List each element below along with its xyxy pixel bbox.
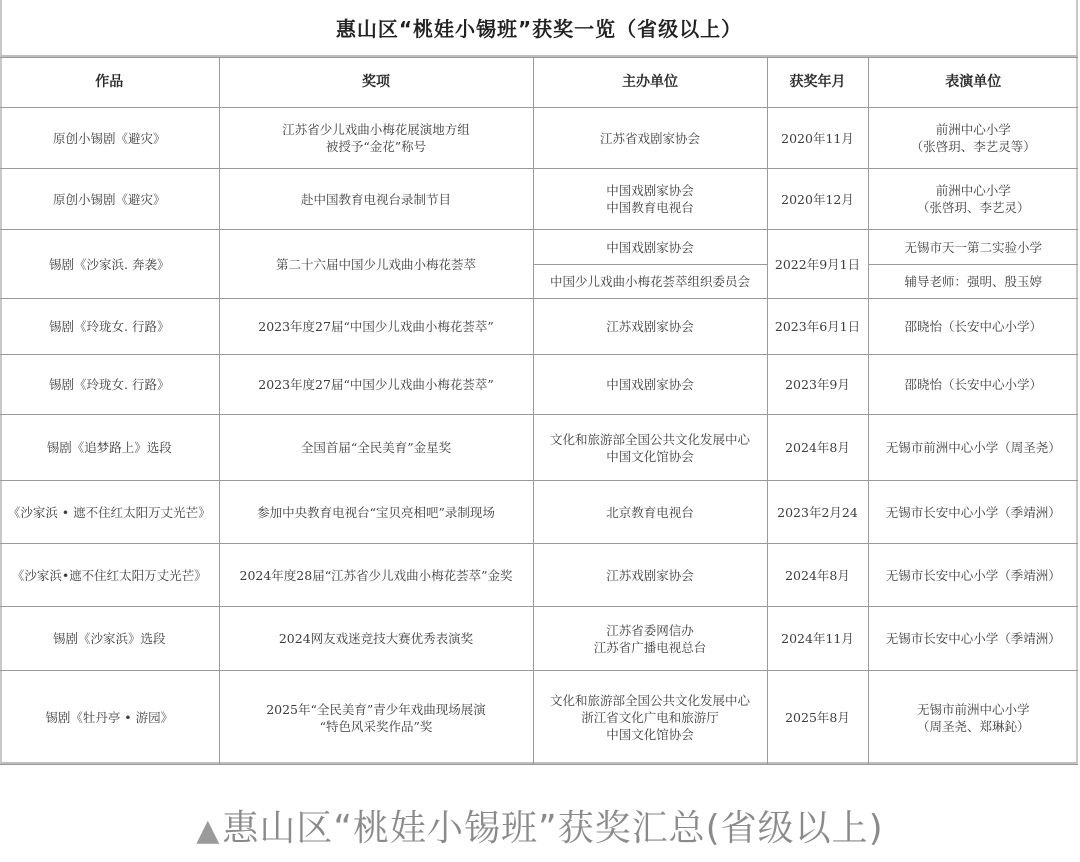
cell-work: 《沙家浜•遮不住红太阳万丈光芒》 bbox=[0, 544, 219, 607]
cell-award: 2024网友戏迷竞技大赛优秀表演奖 bbox=[219, 607, 533, 671]
cell-work: 原创小锡剧《避灾》 bbox=[0, 169, 219, 230]
cell-performer: 无锡市天一第二实验小学 bbox=[868, 230, 1078, 265]
cell-date: 2024年11月 bbox=[767, 607, 868, 671]
cell-performer: 邵晓怡（长安中心小学） bbox=[868, 355, 1078, 415]
cell-organizer: 文化和旅游部全国公共文化发展中心 中国文化馆协会 bbox=[533, 415, 767, 481]
cell-date: 2020年12月 bbox=[767, 169, 868, 230]
table-row: 锡剧《追梦路上》选段 全国首届“全民美育”金星奖 文化和旅游部全国公共文化发展中… bbox=[0, 415, 1078, 481]
cell-date: 2023年6月1日 bbox=[767, 299, 868, 355]
cell-work: 锡剧《沙家浜. 奔袭》 bbox=[0, 230, 219, 299]
cell-work: 原创小锡剧《避灾》 bbox=[0, 108, 219, 169]
cell-award: 2023年度27届“中国少儿戏曲小梅花荟萃” bbox=[219, 299, 533, 355]
cell-organizer: 江苏省戏剧家协会 bbox=[533, 108, 767, 169]
cell-date: 2024年8月 bbox=[767, 415, 868, 481]
table-row: 锡剧《玲珑女. 行路》 2023年度27届“中国少儿戏曲小梅花荟萃” 中国戏剧家… bbox=[0, 355, 1078, 415]
cell-work: 锡剧《玲珑女. 行路》 bbox=[0, 299, 219, 355]
cell-award: 赴中国教育电视台录制节目 bbox=[219, 169, 533, 230]
header-date: 获奖年月 bbox=[767, 58, 868, 108]
cell-award: 全国首届“全民美育”金星奖 bbox=[219, 415, 533, 481]
cell-award: 参加中央教育电视台“宝贝亮相吧”录制现场 bbox=[219, 481, 533, 544]
header-work: 作品 bbox=[0, 58, 219, 108]
cell-date: 2025年8月 bbox=[767, 671, 868, 765]
cell-work: 《沙家浜 • 遮不住红太阳万丈光芒》 bbox=[0, 481, 219, 544]
cell-award: 2024年度28届“江苏省少儿戏曲小梅花荟萃”金奖 bbox=[219, 544, 533, 607]
awards-table: 作品 奖项 主办单位 获奖年月 表演单位 原创小锡剧《避灾》 江苏省少儿戏曲小梅… bbox=[0, 57, 1078, 765]
triangle-up-icon: ▲ bbox=[196, 813, 220, 848]
cell-performer: 无锡市长安中心小学（季靖洲） bbox=[868, 481, 1078, 544]
cell-work: 锡剧《沙家浜》选段 bbox=[0, 607, 219, 671]
cell-award: 2025年“全民美育”青少年戏曲现场展演 “特色风采奖作品”奖 bbox=[219, 671, 533, 765]
cell-work: 锡剧《追梦路上》选段 bbox=[0, 415, 219, 481]
cell-performer: 邵晓怡（长安中心小学） bbox=[868, 299, 1078, 355]
header-award: 奖项 bbox=[219, 58, 533, 108]
cell-date: 2022年9月1日 bbox=[767, 230, 868, 299]
cell-award: 2023年度27届“中国少儿戏曲小梅花荟萃” bbox=[219, 355, 533, 415]
cell-date: 2020年11月 bbox=[767, 108, 868, 169]
cell-date: 2024年8月 bbox=[767, 544, 868, 607]
table-header-row: 作品 奖项 主办单位 获奖年月 表演单位 bbox=[0, 58, 1078, 108]
cell-performer: 无锡市长安中心小学（季靖洲） bbox=[868, 544, 1078, 607]
image-caption: ▲惠山区“桃娃小锡班”获奖汇总(省级以上) bbox=[0, 800, 1080, 851]
cell-organizer: 中国少儿戏曲小梅花荟萃组织委员会 bbox=[533, 265, 767, 299]
cell-organizer: 中国戏剧家协会 中国教育电视台 bbox=[533, 169, 767, 230]
cell-performer: 前洲中心小学 （张啓玥、李艺灵） bbox=[868, 169, 1078, 230]
cell-work: 锡剧《玲珑女. 行路》 bbox=[0, 355, 219, 415]
cell-award: 第二十六届中国少儿戏曲小梅花荟萃 bbox=[219, 230, 533, 299]
table-row: 锡剧《玲珑女. 行路》 2023年度27届“中国少儿戏曲小梅花荟萃” 江苏戏剧家… bbox=[0, 299, 1078, 355]
cell-performer: 无锡市长安中心小学（季靖洲） bbox=[868, 607, 1078, 671]
table-row: 锡剧《牡丹亭 • 游园》 2025年“全民美育”青少年戏曲现场展演 “特色风采奖… bbox=[0, 671, 1078, 765]
cell-award: 江苏省少儿戏曲小梅花展演地方组 被授予“金花”称号 bbox=[219, 108, 533, 169]
cell-organizer: 江苏省委网信办 江苏省广播电视总台 bbox=[533, 607, 767, 671]
cell-organizer: 中国戏剧家协会 bbox=[533, 230, 767, 265]
header-organizer: 主办单位 bbox=[533, 58, 767, 108]
table-row: 原创小锡剧《避灾》 江苏省少儿戏曲小梅花展演地方组 被授予“金花”称号 江苏省戏… bbox=[0, 108, 1078, 169]
table-row: 《沙家浜 • 遮不住红太阳万丈光芒》 参加中央教育电视台“宝贝亮相吧”录制现场 … bbox=[0, 481, 1078, 544]
cell-organizer: 江苏戏剧家协会 bbox=[533, 299, 767, 355]
cell-organizer: 北京教育电视台 bbox=[533, 481, 767, 544]
cell-organizer: 江苏戏剧家协会 bbox=[533, 544, 767, 607]
cell-performer: 无锡市前洲中心小学 （周圣尧、郑琳鈊） bbox=[868, 671, 1078, 765]
header-performer: 表演单位 bbox=[868, 58, 1078, 108]
table-row: 锡剧《沙家浜》选段 2024网友戏迷竞技大赛优秀表演奖 江苏省委网信办 江苏省广… bbox=[0, 607, 1078, 671]
caption-text: 惠山区“桃娃小锡班”获奖汇总(省级以上) bbox=[222, 808, 883, 849]
cell-organizer: 中国戏剧家协会 bbox=[533, 355, 767, 415]
cell-performer: 辅导老师：强明、殷玉婷 bbox=[868, 265, 1078, 299]
cell-date: 2023年9月 bbox=[767, 355, 868, 415]
cell-performer: 无锡市前洲中心小学（周圣尧） bbox=[868, 415, 1078, 481]
table-row: 原创小锡剧《避灾》 赴中国教育电视台录制节目 中国戏剧家协会 中国教育电视台 2… bbox=[0, 169, 1078, 230]
cell-date: 2023年2月24 bbox=[767, 481, 868, 544]
cell-work: 锡剧《牡丹亭 • 游园》 bbox=[0, 671, 219, 765]
cell-organizer: 文化和旅游部全国公共文化发展中心 浙江省文化广电和旅游厅 中国文化馆协会 bbox=[533, 671, 767, 765]
table-row: 《沙家浜•遮不住红太阳万丈光芒》 2024年度28届“江苏省少儿戏曲小梅花荟萃”… bbox=[0, 544, 1078, 607]
cell-performer: 前洲中心小学 （张啓玥、李艺灵等） bbox=[868, 108, 1078, 169]
table-row: 锡剧《沙家浜. 奔袭》 第二十六届中国少儿戏曲小梅花荟萃 中国戏剧家协会 202… bbox=[0, 230, 1078, 265]
document-title: 惠山区“桃娃小锡班”获奖一览（省级以上） bbox=[0, 0, 1078, 57]
